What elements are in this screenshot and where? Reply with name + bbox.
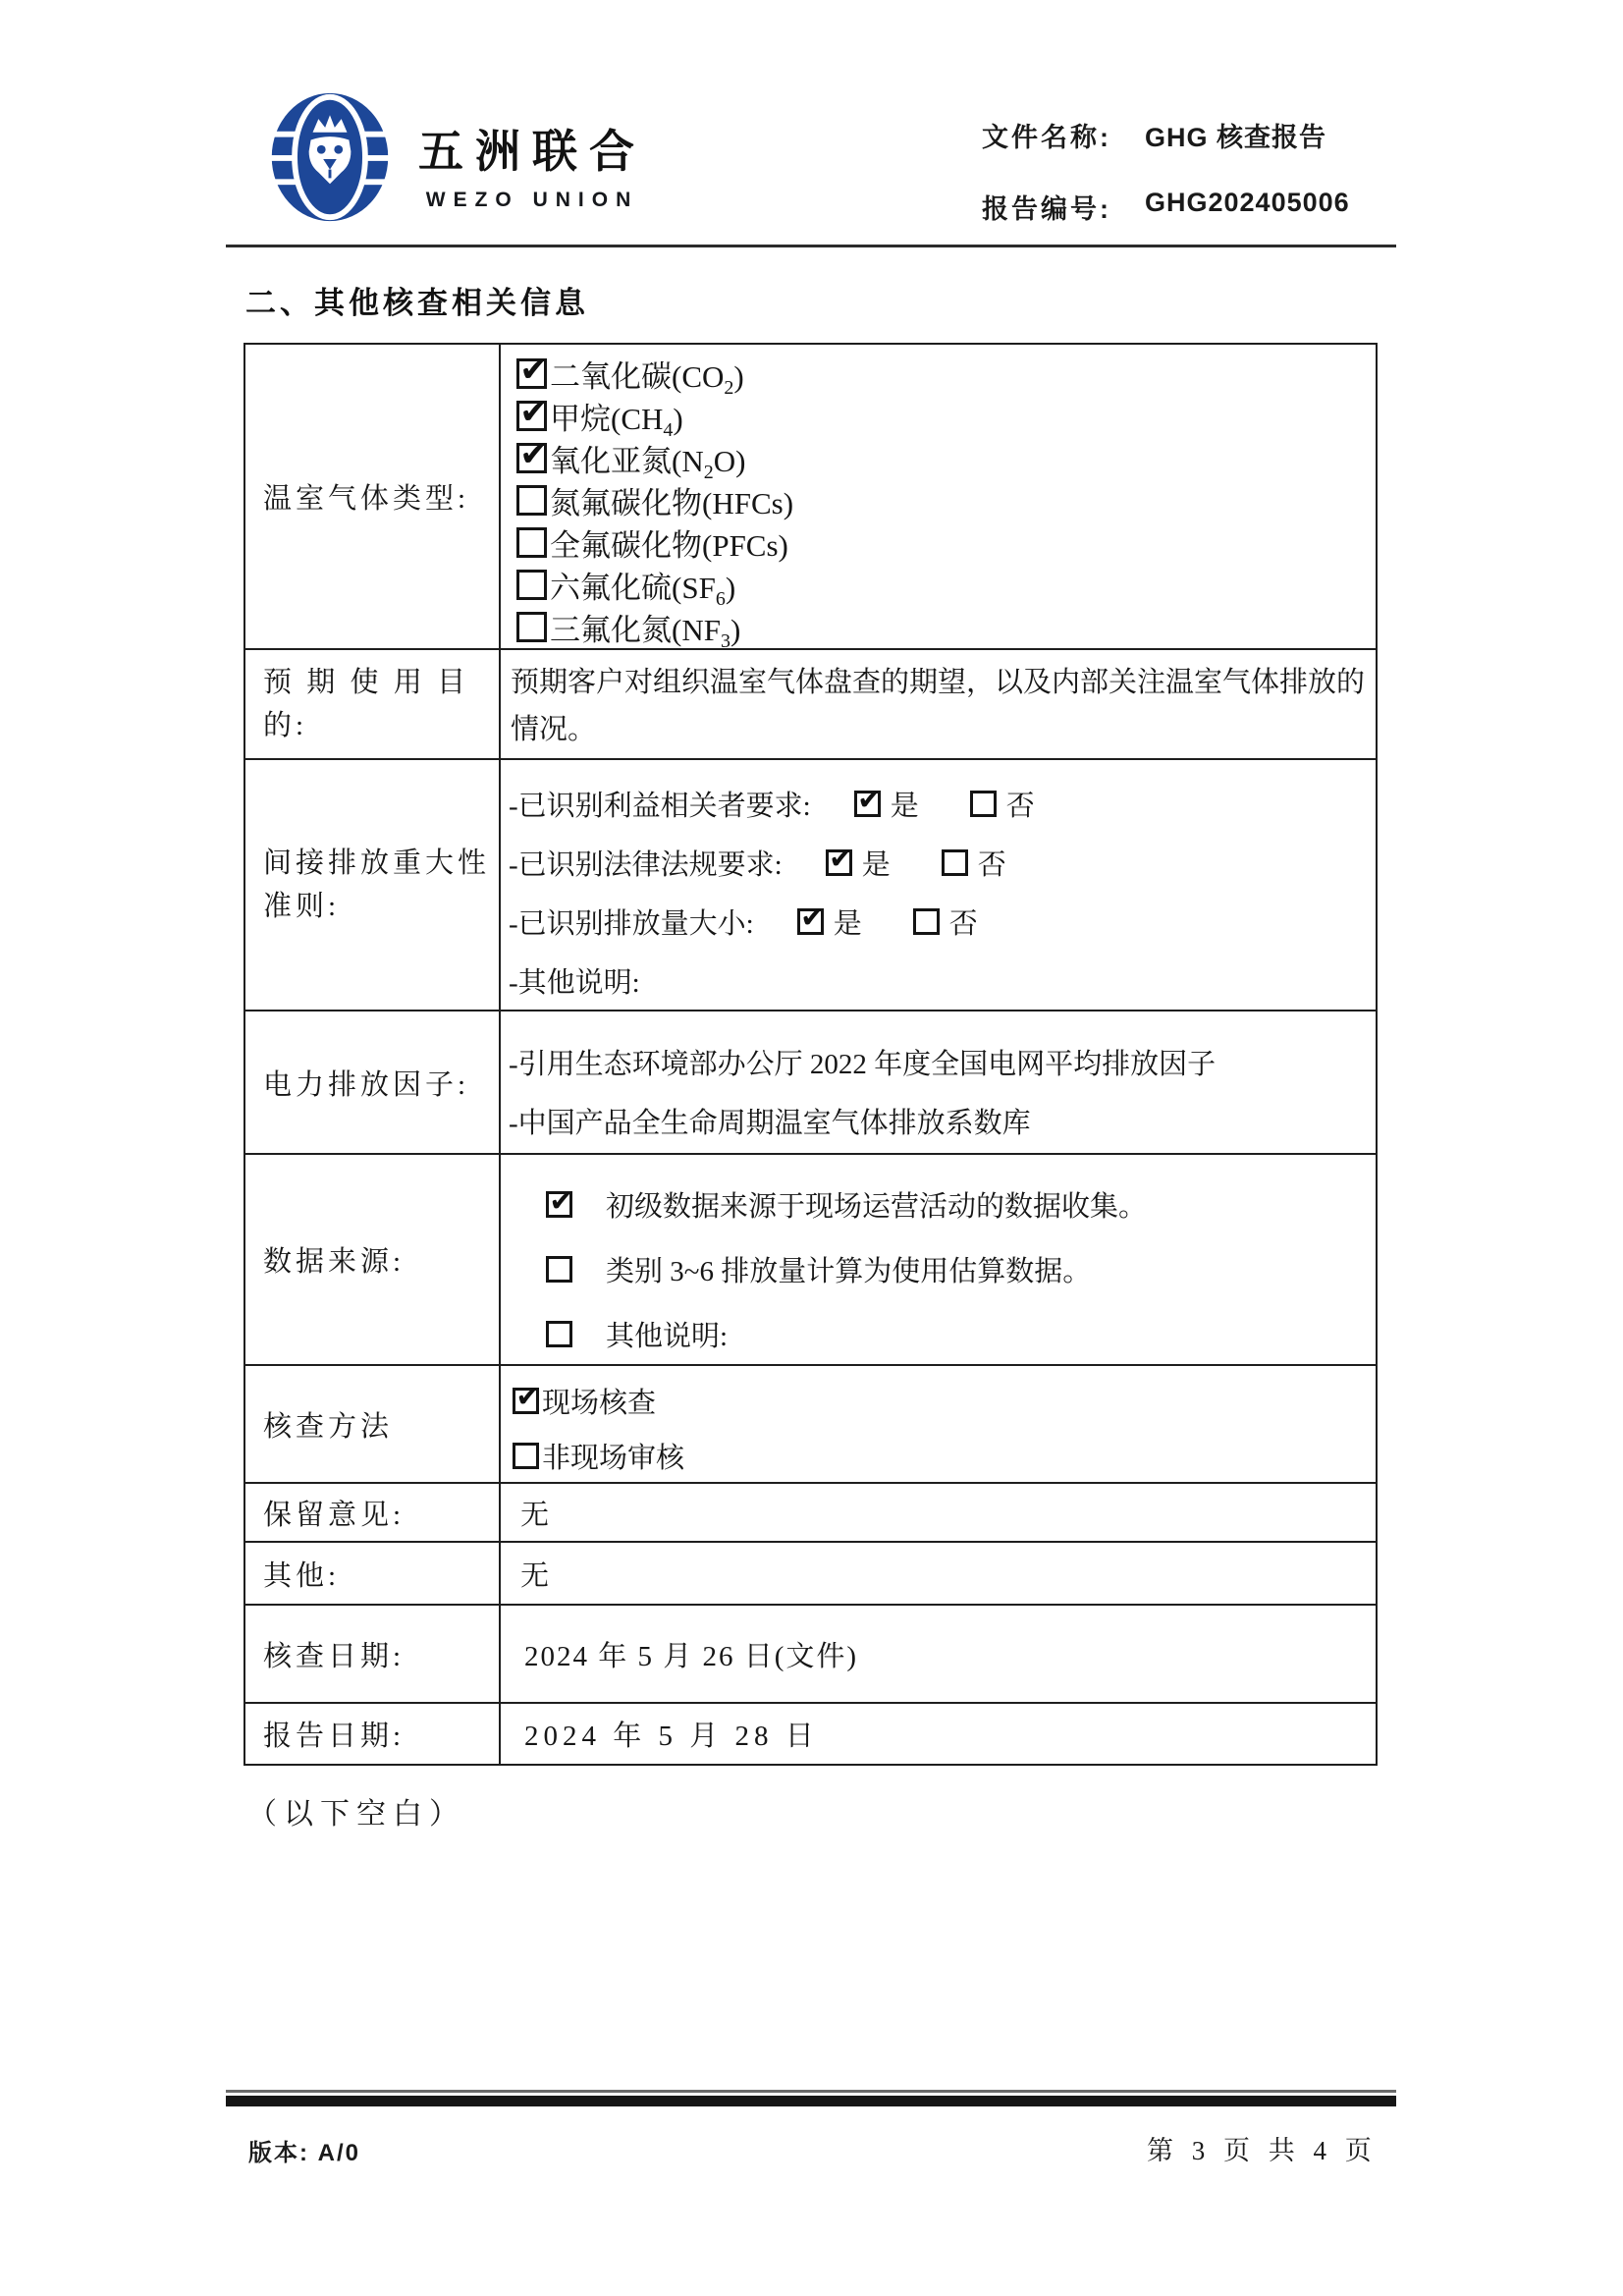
verification-info-table: 温室气体类型: ✔ 二氧化碳(CO2) ✔ 甲烷(CH4) ✔ 氧化亚氮(N2O… [243,343,1378,1766]
other-value: 无 [507,1554,1376,1594]
table-row-method: 核查方法 ✔ 现场核查 非现场审核 [244,1365,1377,1483]
materiality-label-line1: 间接排放重大性 [263,842,499,885]
footer-page-number: 第 3 页 共 4 页 [1147,2129,1378,2167]
company-logo: 五洲联合 WEZO UNION [263,90,646,224]
method-item-offsite: 非现场审核 [513,1437,1376,1474]
report-no-value: GHG202405006 [1145,188,1350,226]
report-date-label: 报告日期: [244,1703,500,1765]
ghg-types-label: 温室气体类型: [244,344,500,649]
data-source-item-estimated: 类别 3~6 排放量计算为使用估算数据。 [546,1253,1376,1286]
checkbox [516,485,547,516]
checkbox [546,1321,572,1347]
data-source-item-other: 其他说明: [546,1318,1376,1351]
checkbox [942,849,968,876]
blank-below-note: （以下空白） [247,1789,465,1832]
globe-lion-logo-icon [263,90,397,224]
footer-version: 版本: A/0 [248,2133,360,2167]
checkbox: ✔ [546,1191,572,1218]
checkbox [546,1256,572,1283]
table-row-verify-date: 核查日期: 2024 年 5 月 26 日(文件) [244,1605,1377,1703]
table-row-other: 其他: 无 [244,1542,1377,1605]
intended-use-label-line1: 预 期 使 用 目 [263,661,499,704]
table-row-materiality-criteria: 间接排放重大性 准则: -已识别利益相关者要求: ✔ 是 否 -已识别法律法规要… [244,759,1377,1011]
logo-company-name-en: WEZO UNION [418,189,646,212]
table-row-reservation: 保留意见: 无 [244,1483,1377,1542]
document-meta: 文件名称: GHG 核查报告 报告编号: GHG202405006 [982,116,1394,259]
no-label: 否 [978,843,1006,883]
header-divider [226,245,1396,247]
checkbox [516,527,547,558]
data-source-item-primary: ✔ 初级数据来源于现场运营活动的数据收集。 [546,1188,1376,1222]
checkbox: ✔ [516,401,547,431]
document-page: 五洲联合 WEZO UNION 文件名称: GHG 核查报告 报告编号: GHG… [0,0,1623,2296]
gas-item-nf3: 三氟化氮(NF3) [516,606,1376,648]
report-date-value: 2024 年 5 月 28 日 [507,1714,1376,1754]
report-no-label: 报告编号: [982,188,1137,226]
gas-item-hfcs: 氮氟碳化物(HFCs) [516,479,1376,521]
power-factor-label: 电力排放因子: [244,1011,500,1154]
verify-date-label: 核查日期: [244,1605,500,1703]
table-row-data-source: 数据来源: ✔ 初级数据来源于现场运营活动的数据收集。 类别 3~6 排放量计算… [244,1154,1377,1365]
yes-label: 是 [891,784,919,824]
footer-divider-thick [226,2096,1396,2106]
reservation-value: 无 [507,1493,1376,1533]
materiality-label-line2: 准则: [263,885,499,928]
checkbox [513,1443,539,1469]
no-label: 否 [949,902,978,942]
checkbox [913,908,940,935]
table-row-intended-use: 预 期 使 用 目 的: 预期客户对组织温室气体盘查的期望，以及内部关注温室气体… [244,649,1377,759]
checkbox: ✔ [513,1388,539,1414]
no-label: 否 [1006,784,1035,824]
checkbox [516,612,547,642]
footer-divider-thin [226,2090,1396,2093]
intended-use-label-line2: 的: [263,704,499,747]
checkbox: ✔ [854,791,881,817]
section-title: 二、其他核查相关信息 [245,278,589,322]
table-row-ghg-types: 温室气体类型: ✔ 二氧化碳(CO2) ✔ 甲烷(CH4) ✔ 氧化亚氮(N2O… [244,344,1377,649]
method-item-onsite: ✔ 现场核查 [513,1382,1376,1419]
checkbox [970,791,997,817]
data-source-label: 数据来源: [244,1154,500,1365]
table-row-report-date: 报告日期: 2024 年 5 月 28 日 [244,1703,1377,1765]
checkbox: ✔ [797,908,824,935]
checkbox: ✔ [826,849,852,876]
table-row-power-factor: 电力排放因子: -引用生态环境部办公厅 2022 年度全国电网平均排放因子 -中… [244,1011,1377,1154]
gas-item-ch4: ✔ 甲烷(CH4) [516,395,1376,437]
yes-label: 是 [862,843,891,883]
gas-item-sf6: 六氟化硫(SF6) [516,564,1376,606]
yes-label: 是 [834,902,862,942]
criteria-other-line: -其他说明: [509,962,1376,998]
checkbox: ✔ [516,358,547,389]
gas-item-pfcs: 全氟碳化物(PFCs) [516,521,1376,564]
checkbox [516,570,547,600]
criteria-emission-size-line: -已识别排放量大小: ✔ 是 否 [509,903,1376,939]
method-label: 核查方法 [244,1365,500,1483]
criteria-legal-line: -已识别法律法规要求: ✔ 是 否 [509,845,1376,880]
verify-date-value: 2024 年 5 月 26 日(文件) [507,1634,1376,1674]
criteria-stakeholder-line: -已识别利益相关者要求: ✔ 是 否 [509,786,1376,821]
file-name-label: 文件名称: [982,116,1137,154]
file-name-value: GHG 核查报告 [1145,116,1326,154]
logo-company-name: 五洲联合 [418,116,646,181]
checkbox: ✔ [516,443,547,473]
reservation-label: 保留意见: [244,1483,500,1542]
other-label: 其他: [244,1542,500,1605]
gas-item-co2: ✔ 二氧化碳(CO2) [516,353,1376,395]
power-factor-line1: -引用生态环境部办公厅 2022 年度全国电网平均排放因子 [509,1044,1376,1079]
intended-use-text: 预期客户对组织温室气体盘查的期望，以及内部关注温室气体排放的情况。 [507,655,1376,753]
power-factor-line2: -中国产品全生命周期温室气体排放系数库 [509,1103,1376,1138]
gas-item-n2o: ✔ 氧化亚氮(N2O) [516,437,1376,479]
